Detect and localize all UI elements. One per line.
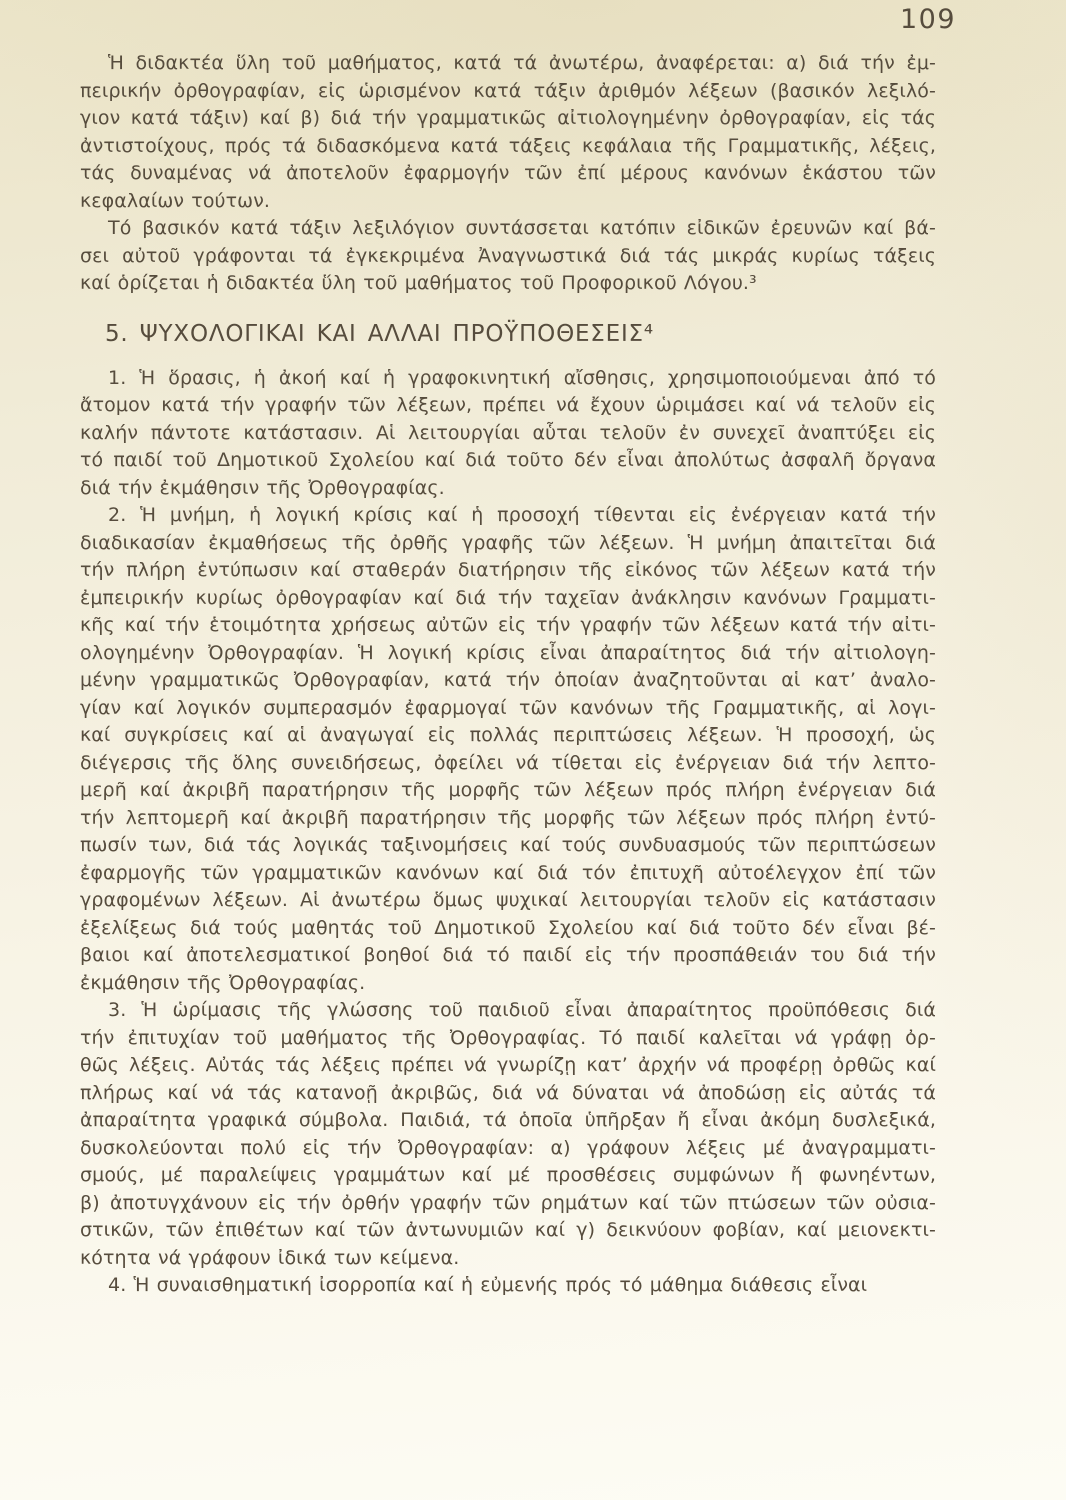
- text-line: διά τήν ἐκμάθησιν τῆς Ὀρθογραφίας.: [80, 475, 936, 503]
- paragraph-item-4-emotional-balance: 4. Ἡ συναισθηματική ἰσορροπία καί ἡ εὐμε…: [80, 1272, 936, 1300]
- text-line: ολογημένην Ὀρθογραφίαν. Ἡ λογική κρίσις …: [80, 640, 936, 668]
- paragraph-item-2-memory-judgement-attention: 2. Ἡ μνήμη, ἡ λογική κρίσις καί ἡ προσοχ…: [80, 502, 936, 997]
- text-line: μερῆ καί ἀκριβῆ παρατήρησιν τῆς μορφῆς τ…: [80, 777, 936, 805]
- text-line: ἐκμάθησιν τῆς Ὀρθογραφίας.: [80, 970, 936, 998]
- text-line: τήν πλήρη ἐντύπωσιν καί σταθεράν διατήρη…: [80, 557, 936, 585]
- paragraph-item-3-language-maturation: 3. Ἡ ὡρίμασις τῆς γλώσσης τοῦ παιδιοῦ εἶ…: [80, 997, 936, 1272]
- text-line: 3. Ἡ ὡρίμασις τῆς γλώσσης τοῦ παιδιοῦ εἶ…: [80, 997, 936, 1025]
- text-line: πλήρως καί νά τάς κατανοῇ ἀκριβῶς, διά ν…: [80, 1080, 936, 1108]
- text-line: στικῶν, τῶν ἐπιθέτων καί τῶν ἀντωνυμιῶν …: [80, 1217, 936, 1245]
- text-line: Τό βασικόν κατά τάξιν λεξιλόγιον συντάσσ…: [80, 215, 936, 243]
- text-line: κεφαλαίων τούτων.: [80, 188, 936, 216]
- paragraph-didactic-material: Ἡ διδακτέα ὕλη τοῦ μαθήματος, κατά τά ἀν…: [80, 50, 936, 215]
- text-line: σει αὐτοῦ γράφονται τά ἐγκεκριμένα Ἀναγν…: [80, 243, 936, 271]
- text-line: τό παιδί τοῦ Δημοτικοῦ Σχολείου καί διά …: [80, 447, 936, 475]
- text-line: τάς δυναμένας νά ἀποτελοῦν ἐφαρμογήν τῶν…: [80, 160, 936, 188]
- text-line: τήν ἐπιτυχίαν τοῦ μαθήματος τῆς Ὀρθογραφ…: [80, 1025, 936, 1053]
- text-line: πωσίν των, διά τάς λογικάς ταξινομήσεις …: [80, 832, 936, 860]
- text-line: πειρικήν ὀρθογραφίαν, εἰς ὡρισμένον κατά…: [80, 78, 936, 106]
- text-line: ἐφαρμογῆς τῶν γραμματικῶν κανόνων καί δι…: [80, 860, 936, 888]
- text-line: 1. Ἡ ὅρασις, ἡ ἀκοή καί ἡ γραφοκινητική …: [80, 365, 936, 393]
- text-line: θῶς λέξεις. Αὐτάς τάς λέξεις πρέπει νά γ…: [80, 1052, 936, 1080]
- text-line: ἄτομον κατά τήν γραφήν τῶν λέξεων, πρέπε…: [80, 392, 936, 420]
- text-line: δυσκολεύονται πολύ εἰς τήν Ὀρθογραφίαν: …: [80, 1135, 936, 1163]
- text-line: καλήν πάντοτε κατάστασιν. Αἱ λειτουργίαι…: [80, 420, 936, 448]
- text-line: διέγερσις τῆς ὅλης συνειδήσεως, ὀφείλει …: [80, 750, 936, 778]
- page-number: 109: [900, 4, 956, 36]
- text-line: γιον κατά τάξιν) καί β) διά τήν γραμματι…: [80, 105, 936, 133]
- text-line: ἀντιστοίχους, πρός τά διδασκόμενα κατά τ…: [80, 133, 936, 161]
- text-line: σμούς, μέ παραλείψεις γραμμάτων καί μέ π…: [80, 1162, 936, 1190]
- text-line: κῆς καί τήν ἑτοιμότητα χρήσεως αὐτῶν εἰς…: [80, 612, 936, 640]
- text-line: κότητα νά γράφουν ἰδικά των κείμενα.: [80, 1245, 936, 1273]
- scanned-book-page: 109 Ἡ διδακτέα ὕλη τοῦ μαθήματος, κατά τ…: [0, 0, 1066, 1500]
- text-column: Ἡ διδακτέα ὕλη τοῦ μαθήματος, κατά τά ἀν…: [80, 50, 936, 1300]
- text-line: γίαν καί λογικόν συμπερασμόν ἐφαρμογαί τ…: [80, 695, 936, 723]
- text-line: τήν λεπτομερῆ καί ἀκριβῆ παρατήρησιν τῆς…: [80, 805, 936, 833]
- text-line: β) ἀποτυγχάνουν εἰς τήν ὀρθήν γραφήν τῶν…: [80, 1190, 936, 1218]
- text-line: καί ὁρίζεται ἡ διδακτέα ὕλη τοῦ μαθήματο…: [80, 270, 936, 298]
- text-line: ἐμπειρικήν κυρίως ὀρθογραφίαν καί διά τή…: [80, 585, 936, 613]
- text-line: καί συγκρίσεις καί αἱ ἀναγωγαί εἰς πολλά…: [80, 722, 936, 750]
- text-line: διαδικασίαν ἐκμαθήσεως τῆς ὀρθῆς γραφῆς …: [80, 530, 936, 558]
- paragraph-item-1-senses: 1. Ἡ ὅρασις, ἡ ἀκοή καί ἡ γραφοκινητική …: [80, 365, 936, 503]
- text-line: Ἡ διδακτέα ὕλη τοῦ μαθήματος, κατά τά ἀν…: [80, 50, 936, 78]
- text-line: 2. Ἡ μνήμη, ἡ λογική κρίσις καί ἡ προσοχ…: [80, 502, 936, 530]
- text-line: ἐξελίξεως διά τούς μαθητάς τοῦ Δημοτικοῦ…: [80, 915, 936, 943]
- text-line: μένην γραμματικῶς Ὀρθογραφίαν, κατά τήν …: [80, 667, 936, 695]
- text-line: βαιοι καί ἀποτελεσματικοί βοηθοί διά τό …: [80, 942, 936, 970]
- text-line: ἀπαραίτητα γραφικά σύμβολα. Παιδιά, τά ὁ…: [80, 1107, 936, 1135]
- paragraph-basic-vocabulary: Τό βασικόν κατά τάξιν λεξιλόγιον συντάσσ…: [80, 215, 936, 298]
- text-line: 4. Ἡ συναισθηματική ἰσορροπία καί ἡ εὐμε…: [80, 1272, 936, 1300]
- section-heading-psychological-prerequisites: 5. ΨΥΧΟΛΟΓΙΚΑΙ ΚΑΙ ΑΛΛΑΙ ΠΡΟΫΠΟΘΕΣΕΙΣ⁴: [80, 319, 936, 350]
- text-line: γραφομένων λέξεων. Αἱ ἀνωτέρω ὅμως ψυχικ…: [80, 887, 936, 915]
